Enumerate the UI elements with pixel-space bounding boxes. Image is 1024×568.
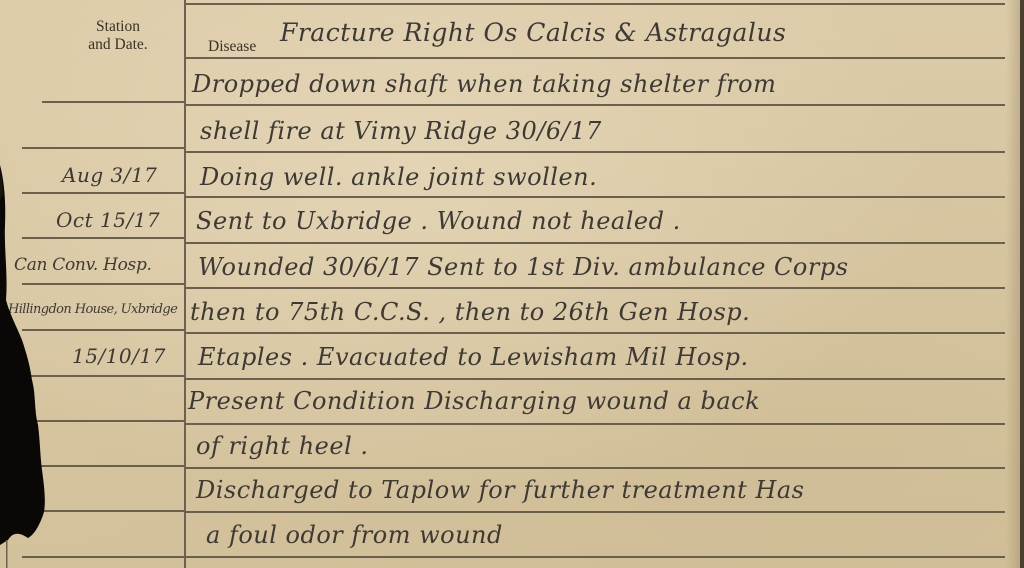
rule-line bbox=[185, 378, 1005, 380]
entry-text: then to 75th C.C.S. , then to 26th Gen H… bbox=[190, 298, 750, 326]
entry-text: Etaples . Evacuated to Lewisham Mil Hosp… bbox=[198, 343, 749, 371]
entry-date: Oct 15/17 bbox=[56, 208, 160, 232]
header-line: Station bbox=[58, 18, 178, 36]
entry-date: Aug 3/17 bbox=[62, 163, 157, 187]
rule-line bbox=[185, 104, 1005, 106]
rule-line bbox=[185, 556, 1005, 558]
rule-line bbox=[185, 151, 1005, 153]
entry-text: Doing well. ankle joint swollen. bbox=[200, 163, 597, 191]
rule-line bbox=[185, 287, 1005, 289]
rule-line bbox=[185, 242, 1005, 244]
case-sheet-page: Station and Date. Disease Fracture Right… bbox=[0, 0, 1024, 568]
disease-value: Fracture Right Os Calcis & Astragalus bbox=[280, 18, 786, 47]
rule-line bbox=[185, 57, 1005, 59]
rule-line bbox=[185, 3, 1005, 5]
entry-date: 15/10/17 bbox=[72, 344, 166, 368]
torn-page-edge bbox=[0, 0, 60, 568]
page-right-border bbox=[1020, 0, 1024, 568]
entry-text: Sent to Uxbridge . Wound not healed . bbox=[196, 207, 681, 235]
station-and-date-header: Station and Date. bbox=[58, 18, 178, 54]
entry-text: Wounded 30/6/17 Sent to 1st Div. ambulan… bbox=[198, 253, 849, 281]
rule-line bbox=[185, 511, 1005, 513]
entry-text: of right heel . bbox=[196, 432, 369, 460]
rule-line bbox=[185, 467, 1005, 469]
rule-line bbox=[185, 332, 1005, 334]
rule-line bbox=[42, 101, 184, 103]
disease-label: Disease bbox=[208, 38, 256, 56]
column-divider bbox=[184, 0, 186, 568]
rule-line bbox=[185, 196, 1005, 198]
entry-text: Present Condition Discharging wound a ba… bbox=[188, 387, 760, 415]
page-edge-shadow bbox=[1006, 0, 1020, 568]
rule-line bbox=[185, 423, 1005, 425]
entry-text: Dropped down shaft when taking shelter f… bbox=[192, 70, 776, 98]
header-line: and Date. bbox=[58, 36, 178, 54]
entry-text: shell fire at Vimy Ridge 30/6/17 bbox=[200, 117, 602, 145]
entry-text: a foul odor from wound bbox=[206, 521, 503, 549]
entry-text: Discharged to Taplow for further treatme… bbox=[196, 476, 804, 504]
